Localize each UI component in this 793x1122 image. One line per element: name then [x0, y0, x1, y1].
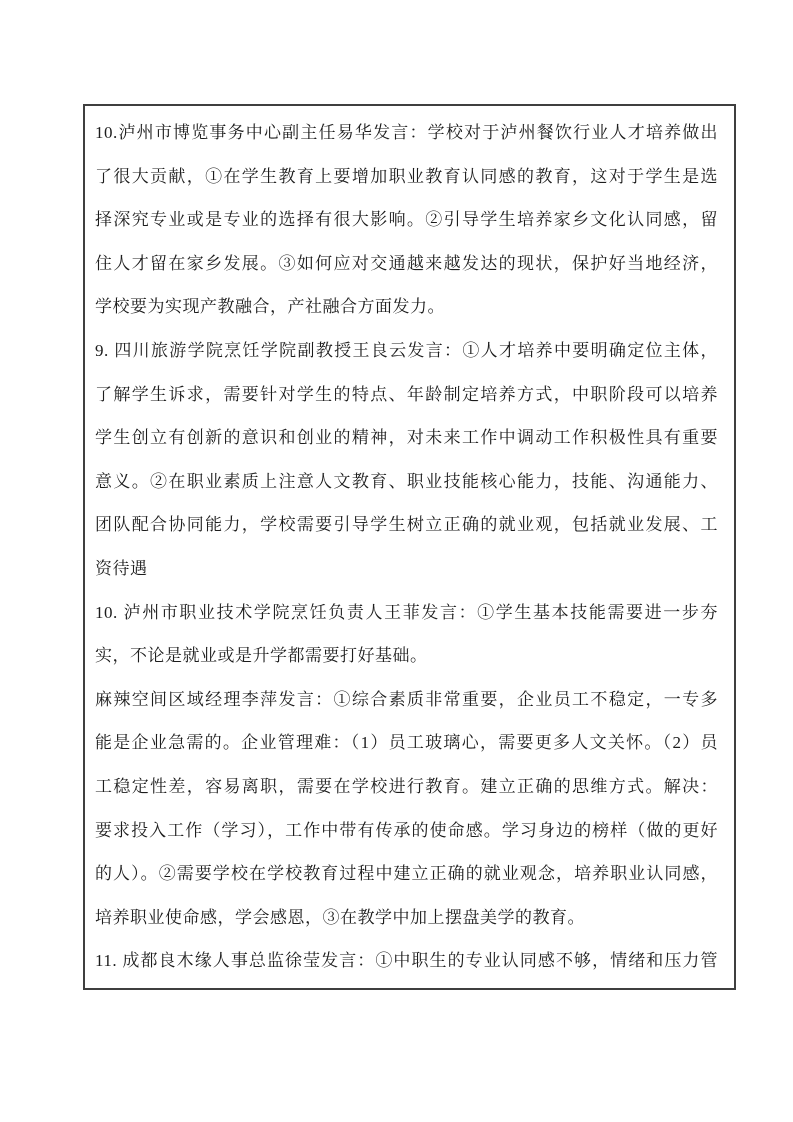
- text-line: 9. 四川旅游学院烹饪学院副教授王良云发言：①人才培养中要明确定位主体，: [95, 329, 718, 373]
- text-line: 学生创立有创新的意识和创业的精神，对未来工作中调动工作积极性具有重要: [95, 416, 718, 460]
- text-line: 实，不论是就业或是升学都需要打好基础。: [95, 634, 718, 678]
- text-line: 能是企业急需的。企业管理难：（1）员工玻璃心，需要更多人文关怀。（2）员: [95, 721, 718, 765]
- text-line: 择深究专业或是专业的选择有很大影响。②引导学生培养家乡文化认同感，留: [95, 198, 718, 242]
- text-line: 理较为脆弱。②加快烹饪专业数字化转型。③和学校建立的现代学徒制实习阶: [95, 983, 718, 990]
- text-line: 工稳定性差，容易离职，需要在学校进行教育。建立正确的思维方式。解决：: [95, 765, 718, 809]
- text-line: 培养职业使命感，学会感恩，③在教学中加上摆盘美学的教育。: [95, 896, 718, 940]
- text-line: 要求投入工作（学习），工作中带有传承的使命感。学习身边的榜样（做的更好: [95, 809, 718, 853]
- paragraph-2: 9. 四川旅游学院烹饪学院副教授王良云发言：①人才培养中要明确定位主体，了解学生…: [95, 329, 718, 591]
- text-line: 10.泸州市博览事务中心副主任易华发言：学校对于泸州餐饮行业人才培养做出: [95, 111, 718, 155]
- paragraph-3: 10. 泸州市职业技术学院烹饪负责人王菲发言：①学生基本技能需要进一步夯实，不论…: [95, 591, 718, 678]
- paragraph-4: 麻辣空间区域经理李萍发言：①综合素质非常重要，企业员工不稳定，一专多能是企业急需…: [95, 678, 718, 940]
- text-line: 团队配合协同能力，学校需要引导学生树立正确的就业观，包括就业发展、工: [95, 503, 718, 547]
- text-line: 10. 泸州市职业技术学院烹饪负责人王菲发言：①学生基本技能需要进一步夯: [95, 591, 718, 635]
- paragraph-1: 10.泸州市博览事务中心副主任易华发言：学校对于泸州餐饮行业人才培养做出了很大贡…: [95, 111, 718, 329]
- page: 10.泸州市博览事务中心副主任易华发言：学校对于泸州餐饮行业人才培养做出了很大贡…: [0, 0, 793, 1122]
- text-line: 意义。②在职业素质上注意人文教育、职业技能核心能力，技能、沟通能力、: [95, 460, 718, 504]
- text-line: 住人才留在家乡发展。③如何应对交通越来越发达的现状，保护好当地经济，: [95, 242, 718, 286]
- paragraph-5: 11. 成都良木缘人事总监徐莹发言：①中职生的专业认同感不够，情绪和压力管理较为…: [95, 939, 718, 990]
- text-line: 资待遇: [95, 547, 718, 591]
- text-line: 了很大贡献，①在学生教育上要增加职业教育认同感的教育，这对于学生是选: [95, 155, 718, 199]
- text-line: 了解学生诉求，需要针对学生的特点、年龄制定培养方式，中职阶段可以培养: [95, 373, 718, 417]
- text-line: 的人）。②需要学校在学校教育过程中建立正确的就业观念，培养职业认同感，: [95, 852, 718, 896]
- text-line: 11. 成都良木缘人事总监徐莹发言：①中职生的专业认同感不够，情绪和压力管: [95, 939, 718, 983]
- text-line: 麻辣空间区域经理李萍发言：①综合素质非常重要，企业员工不稳定，一专多: [95, 678, 718, 722]
- document-box: 10.泸州市博览事务中心副主任易华发言：学校对于泸州餐饮行业人才培养做出了很大贡…: [83, 104, 736, 990]
- text-line: 学校要为实现产教融合，产社融合方面发力。: [95, 285, 718, 329]
